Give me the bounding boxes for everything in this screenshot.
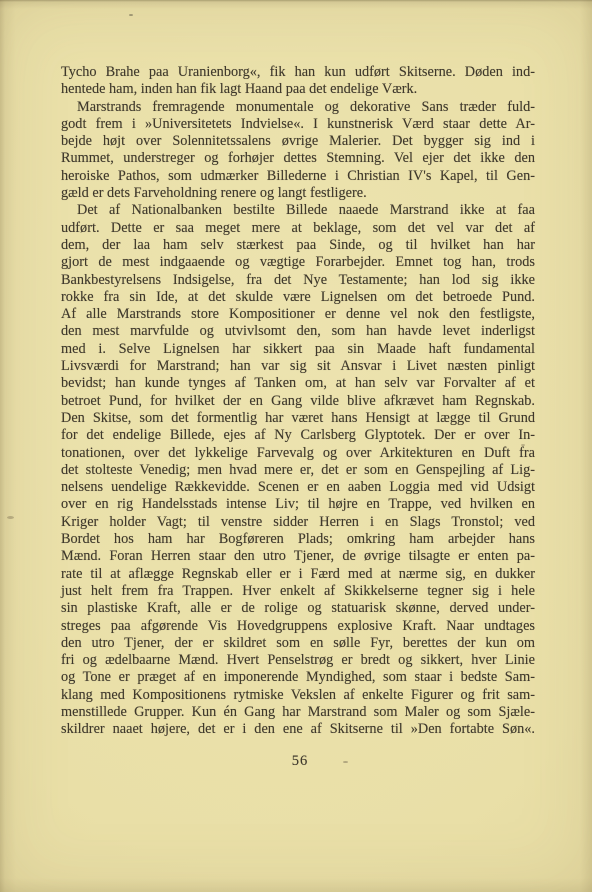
- text-line: hentede ham, inden han fik lagt Haand pa…: [61, 81, 535, 98]
- text-line: klang med Kompositionens rytmiske Veksle…: [61, 687, 535, 704]
- text-line: Kriger holder Vagt; til venstre sidder H…: [61, 514, 535, 531]
- text-line: nelsens uendelige Rækkevidde. Scenen er …: [61, 479, 535, 496]
- text-line: Mænd. Foran Herren staar den utro Tjener…: [61, 548, 535, 565]
- text-line: bejde højt over Solennitetssalens øvrige…: [61, 133, 535, 150]
- text-line: og Tone er præget af en imponerende Mynd…: [61, 669, 535, 686]
- text-line: Bankbestyrelsens Indsigelse, fra det Nye…: [61, 272, 535, 289]
- text-line: godt frem i »Universitetets Indvielse«. …: [61, 116, 535, 133]
- text-line: fri og ædelbaarne Mænd. Hvert Penselstrø…: [61, 652, 535, 669]
- text-line: Tycho Brahe paa Uranienborg«, fik han ku…: [61, 64, 535, 81]
- text-line: Bordet hos ham har Bogføreren Plads; omk…: [61, 531, 535, 548]
- text-line: bevidst; han kunde tynges af Tanken om, …: [61, 375, 535, 392]
- text-line: Af alle Marstrands store Kompositioner e…: [61, 306, 535, 323]
- text-line: heroiske Pathos, som udmærker Billederne…: [61, 168, 535, 185]
- ink-speck: [7, 516, 14, 519]
- text-line: tonationen, over det lykkelige Farvevalg…: [61, 445, 535, 462]
- text-line: Marstrands fremragende monumentale og de…: [61, 99, 535, 116]
- text-line: Den Skitse, som det formentlig har været…: [61, 410, 535, 427]
- text-line: med i. Selve Lignelsen har sikkert paa s…: [61, 341, 535, 358]
- paragraph: Marstrands fremragende monumentale og de…: [61, 99, 535, 203]
- text-line: for det endelige Billede, ejes af Ny Car…: [61, 427, 535, 444]
- text-line: Rummet, understreger og forhøjer dettes …: [61, 150, 535, 167]
- text-line: rate til at aflægge Regnskab eller er i …: [61, 566, 535, 583]
- text-line: sin plastiske Kraft, alle er de rolige o…: [61, 600, 535, 617]
- text-line: betroet Pund, for hvilket der en Gang vi…: [61, 393, 535, 410]
- text-line: den utro Tjener, der er skildret som en …: [61, 635, 535, 652]
- text-line: gjort de mest indgaaende og vægtige Fora…: [61, 254, 535, 271]
- ink-speck: [129, 14, 133, 16]
- page-number: 56: [61, 753, 539, 770]
- text-line: det stolteste Venedig; men hvad mere er,…: [61, 462, 535, 479]
- text-line: udført. Dette er saa meget mere at bekla…: [61, 220, 535, 237]
- text-line: menstillede Grupper. Kun én Gang har Mar…: [61, 704, 535, 721]
- text-line: Livsværdi for Marstrand; han var sig sit…: [61, 358, 535, 375]
- text-line: just helt frem fra Trappen. Hver enkelt …: [61, 583, 535, 600]
- text-block: Tycho Brahe paa Uranienborg«, fik han ku…: [61, 64, 535, 739]
- paragraph: Tycho Brahe paa Uranienborg«, fik han ku…: [61, 64, 535, 99]
- paragraph: Det af Nationalbanken bestilte Billede n…: [61, 202, 535, 738]
- text-line: rokke fra sin Ide, at det skulde være Li…: [61, 289, 535, 306]
- text-line: gæld er dets Farveholdning renere og lan…: [61, 185, 535, 202]
- text-line: dem, der laa ham selv stærkest paa Sinde…: [61, 237, 535, 254]
- text-line: Det af Nationalbanken bestilte Billede n…: [61, 202, 535, 219]
- text-line: den mest marvfulde og utvivlsomt den, so…: [61, 323, 535, 340]
- text-line: over en rig Handelsstads intense Liv; ti…: [61, 496, 535, 513]
- scanned-book-page: Tycho Brahe paa Uranienborg«, fik han ku…: [0, 0, 592, 892]
- text-line: skildrer naaet højere, det er i den ene …: [61, 721, 535, 738]
- text-line: streges paa afgørende Vis Hovedgruppens …: [61, 618, 535, 635]
